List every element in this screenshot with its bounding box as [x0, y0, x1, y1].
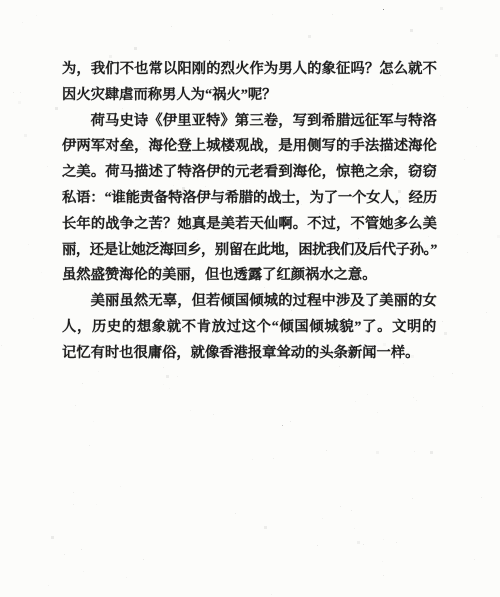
text-line: 为，我们不也常以阳刚的烈火作为男人的象征吗？怎么就不	[62, 57, 437, 83]
text-line: 伊两军对垒，海伦登上城楼观战，是用侧写的手法描述海伦	[62, 134, 437, 160]
text-line: 荷马史诗《伊里亚特》第三卷，写到希腊远征军与特洛	[62, 109, 437, 135]
text-line: 虽然盛赞海伦的美丽，但也透露了红颜祸水之意。	[62, 263, 437, 289]
text-line: 记忆有时也很庸俗，就像香港报章耸动的头条新闻一样。	[62, 341, 437, 367]
text-line: 人，历史的想象就不肯放过这个“倾国倾城貌”了。文明的	[62, 315, 437, 341]
paragraph-continuation: 为，我们不也常以阳刚的烈火作为男人的象征吗？怎么就不 因火灾肆虐而称男人为“祸火…	[62, 57, 437, 109]
scanned-book-page: 为，我们不也常以阳刚的烈火作为男人的象征吗？怎么就不 因火灾肆虐而称男人为“祸火…	[0, 0, 500, 597]
scan-noise-speckles	[0, 0, 1, 1]
text-line: 之美。荷马描述了特洛伊的元老看到海伦，惊艳之余，窃窃	[62, 160, 437, 186]
text-block: 为，我们不也常以阳刚的烈火作为男人的象征吗？怎么就不 因火灾肆虐而称男人为“祸火…	[62, 57, 437, 367]
text-line: 私语：“谁能责备特洛伊与希腊的战士，为了一个女人，经历	[62, 186, 437, 212]
paragraph-homer-iliad: 荷马史诗《伊里亚特》第三卷，写到希腊远征军与特洛 伊两军对垒，海伦登上城楼观战，…	[62, 109, 437, 290]
text-line: 长年的战争之苦？她真是美若天仙啊。不过，不管她多么美	[62, 212, 437, 238]
paragraph-beauty-history: 美丽虽然无辜，但若倾国倾城的过程中涉及了美丽的女 人，历史的想象就不肯放过这个“…	[62, 289, 437, 366]
text-line: 因火灾肆虐而称男人为“祸火”呢？	[62, 83, 437, 109]
text-line: 美丽虽然无辜，但若倾国倾城的过程中涉及了美丽的女	[62, 289, 437, 315]
text-line: 丽，还是让她泛海回乡，别留在此地，困扰我们及后代子孙。”	[62, 238, 437, 264]
